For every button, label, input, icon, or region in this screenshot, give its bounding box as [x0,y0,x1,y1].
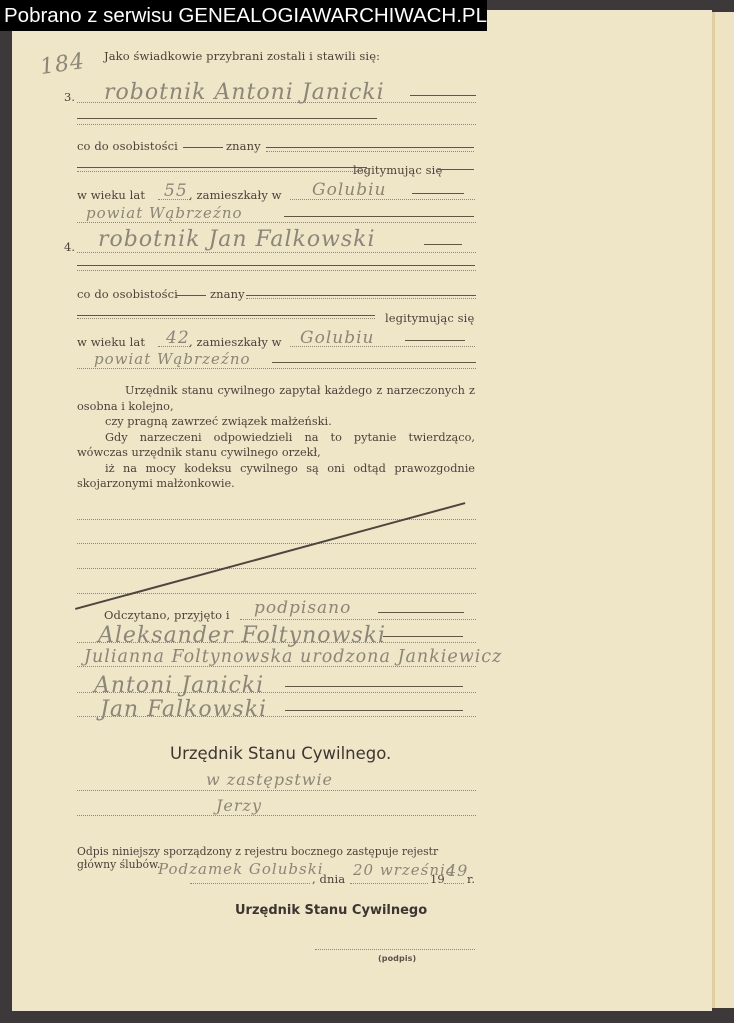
witness-3-number: 3. [64,90,75,104]
witness-4-residence-label: , zamieszkały w [189,335,282,349]
witness-3-residence-label: , zamieszkały w [189,188,282,202]
ceremony-line-3: Gdy narzeczeni odpowiedzieli na to pytan… [77,430,475,461]
witness-3-id-label: legitymując się [353,163,442,177]
witness-3-residence: Golubiu [312,180,386,200]
ceremony-line-4: iż na mocy kodeksu cywilnego są oni odtą… [77,461,475,492]
signature-witness-4: Jan Falkowski [100,697,267,722]
witness-4-id-label: legitymując się [385,311,474,325]
witness-4-residence: Golubiu [300,328,374,348]
signature-witness-3: Antoni Janicki [94,673,264,698]
year-r: r. [467,872,475,886]
signature-caption: (podpis) [378,954,416,963]
copy-place: Podzamek Golubski [158,860,324,878]
registrar-title: Urzędnik Stanu Cywilnego. [170,744,391,763]
witnesses-intro: Jako świadkowie przybrani zostali i staw… [104,49,380,63]
witness-4-age: 42 [166,328,190,348]
read-accepted-handwritten: podpisano [254,598,351,618]
signature-groom: Aleksander Foltynowski [98,623,386,648]
witness-3-age: 55 [164,181,188,201]
registrar-footer: Urzędnik Stanu Cywilnego [235,903,427,918]
witness-4-district: powiat Wąbrzeźno [94,350,251,368]
witness-3-district: powiat Wąbrzeźno [86,204,243,222]
witness-4-number: 4. [64,240,75,254]
witness-4-identity-label: co do osobistości [77,287,178,301]
registrar-signature-line-1: w zastępstwie [206,770,333,789]
registrar-signature-line-2: Jerzy [216,796,262,815]
witness-3-identity-label: co do osobistości [77,139,178,153]
ceremony-text: Urzędnik stanu cywilnego zapytał każdego… [77,383,475,492]
witness-3-age-label: w wieku lat [77,188,145,202]
ceremony-line-2: czy pragną zawrzeć związek małżeński. [77,414,475,430]
year-prefix: 19 [430,872,445,886]
year-suffix: 49 [446,861,468,880]
date-label: , dnia [312,872,345,886]
next-page-edge [712,12,734,1008]
witness-3-name: robotnik Antoni Janicki [104,80,385,105]
witness-4-known-label: znany [210,287,245,301]
signature-bride: Julianna Foltynowska urodzona Jankiewicz [84,647,502,667]
source-banner: Pobrano z serwisu GENEALOGIAWARCHIWACH.P… [0,0,487,31]
witness-3-known-label: znany [226,139,261,153]
witness-4-name: robotnik Jan Falkowski [98,227,376,252]
read-accepted-label: Odczytano, przyjęto i [104,608,230,622]
witness-4-age-label: w wieku lat [77,335,145,349]
ceremony-line-1: Urzędnik stanu cywilnego zapytał każdego… [77,383,475,414]
